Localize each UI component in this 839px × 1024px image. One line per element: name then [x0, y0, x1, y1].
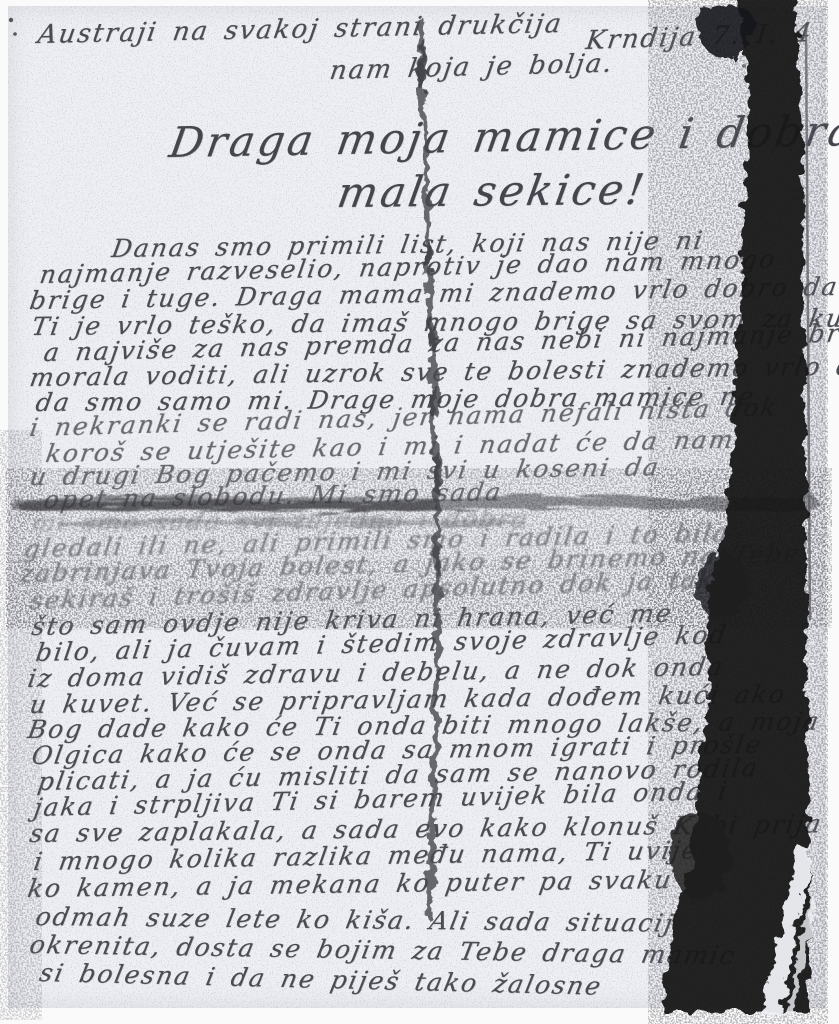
margin-annotation-line1: Austraji na svakoj strani drukčija [36, 11, 565, 48]
salutation-line2: mala sekice! [335, 169, 650, 214]
scanned-letter: Austraji na svakoj strani drukčija Krndi… [0, 0, 839, 1024]
dateline: Krndija 7. I. 4 [584, 20, 814, 54]
handwritten-line: ko kamen, a ja mekana ko puter pa svaku [26, 867, 675, 901]
salutation-line1: Draga moja mamice i dobra [167, 110, 839, 164]
margin-annotation-line2: nam koja je bolja. [328, 51, 615, 85]
letter-paper: Austraji na svakoj strani drukčija Krndi… [8, 6, 826, 1008]
